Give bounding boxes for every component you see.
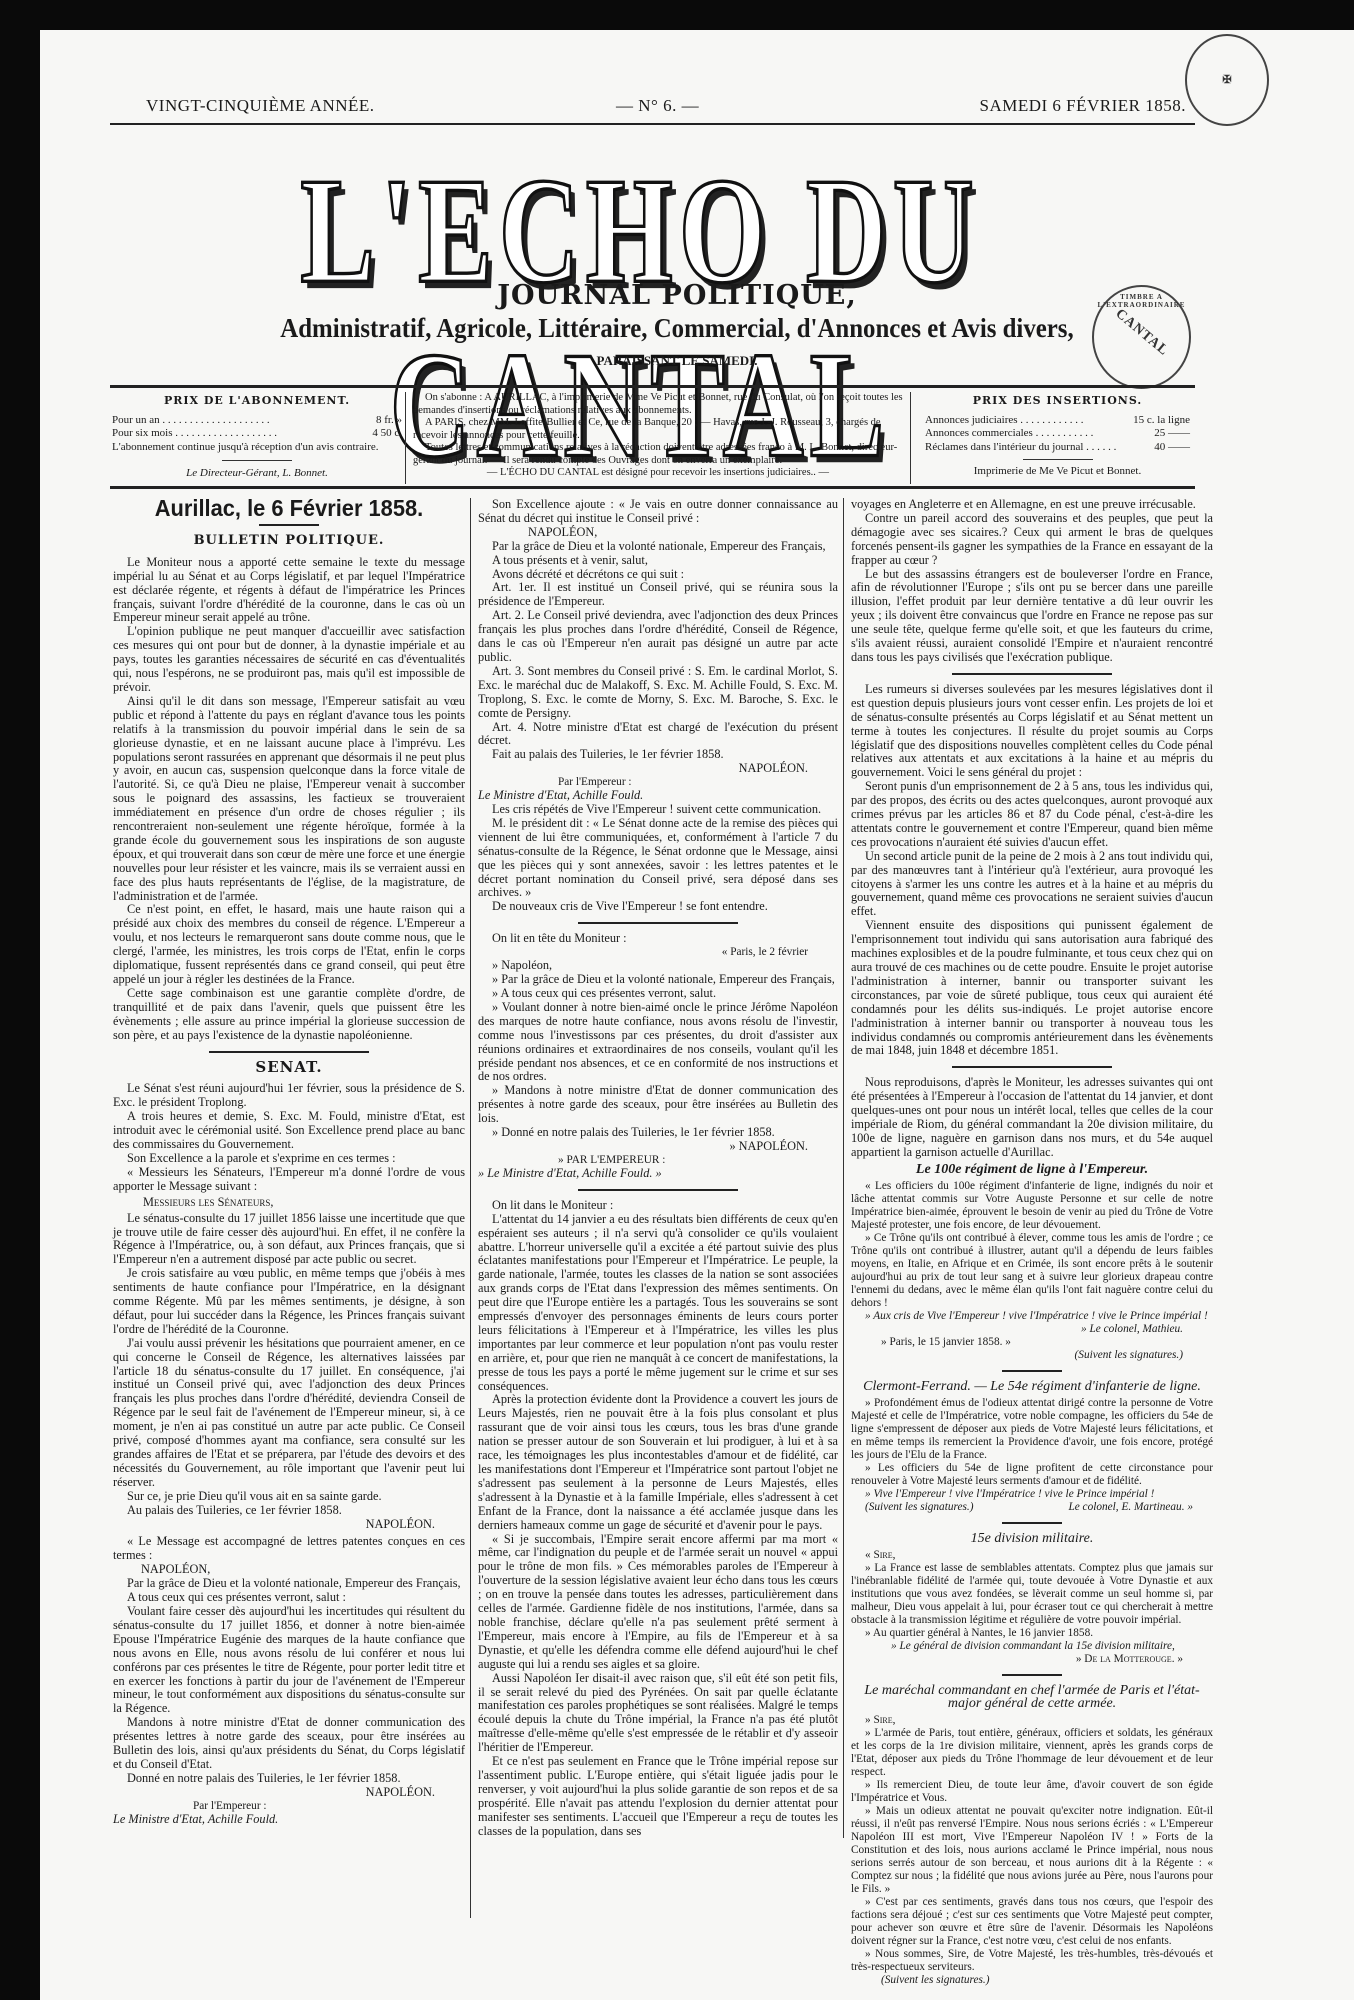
paragraph: « Messieurs les Sénateurs, l'Empereur m'… [113,1166,465,1194]
printer-name: Imprimerie de Me Ve Picut et Bonnet. [925,465,1190,479]
divider [1002,1674,1062,1676]
paragraph: » A tous ceux qui ces présentes verront,… [478,987,838,1001]
signature: » Le général de division commandant la 1… [851,1640,1213,1653]
insertions-box: PRIX DES INSERTIONS. Annonces judiciaire… [925,392,1190,484]
paragraph: Art. 1er. Il est institué un Conseil pri… [478,581,838,609]
paragraph: « Les officiers du 100e régiment d'infan… [851,1180,1213,1232]
issue-date: Samedi 6 Février 1858. [979,96,1186,116]
paragraph: L'opinion publique ne peut manquer d'acc… [113,625,465,695]
subscription-title: PRIX DE L'ABONNEMENT. [112,394,402,408]
subheading-100e: Le 100e régiment de ligne à l'Empereur. [851,1163,1213,1177]
paragraph: » Ce Trône qu'ils ont contribué à élever… [851,1232,1213,1310]
price-row: Réclames dans l'intérieur du journal . .… [925,441,1190,455]
paragraph: Les rumeurs si diverses soulevées par le… [851,683,1213,780]
paragraph: » Voulant donner à notre bien-aimé oncle… [478,1001,838,1084]
par-empereur: Par l'Empereur : [113,1800,465,1813]
paragraph: » Ils remercient Dieu, de toute leur âme… [851,1779,1213,1805]
issue-number: — N° 6. — [616,96,699,116]
paragraph: J'ai voulu aussi prévenir les hésitation… [113,1337,465,1490]
paragraph: » Les officiers du 54e de ligne profiten… [851,1462,1213,1488]
price-row: Annonces judiciaires . . . . . . . . . .… [925,414,1190,428]
paragraph: « Si je succombais, l'Empire serait enco… [478,1533,838,1672]
paragraph: » Donné en notre palais des Tuileries, l… [478,1126,838,1140]
column-1: Aurillac, le 6 Février 1858. BULLETIN PO… [113,498,465,1827]
paragraph: » La France est lasse de semblables atte… [851,1562,1213,1627]
divider [222,460,292,461]
paragraph: » Aux cris de Vive l'Empereur ! vive l'I… [851,1310,1213,1323]
divider [209,1051,369,1053]
signature: » NAPOLÉON. [478,1140,838,1154]
dateline: » Paris, le 15 janvier 1858. » [851,1336,1213,1349]
paragraph: Un second article punit de la peine de 2… [851,850,1213,920]
divider [259,524,319,526]
paragraph: Les cris répétés de Vive l'Empereur ! su… [478,803,838,817]
paragraph: » L'armée de Paris, tout entière, généra… [851,1727,1213,1779]
signature: NAPOLÉON. [478,762,838,776]
subscription-terms: On s'abonne : A AURILLAC, à l'imprimerie… [413,392,903,484]
paragraph: Par la grâce de Dieu et la volonté natio… [113,1577,465,1591]
minister-signature: Le Ministre d'Etat, Achille Fould. [113,1813,465,1827]
salutation: » Sire, [851,1714,1213,1727]
column-separator [843,498,844,1838]
paragraph: Art. 4. Notre ministre d'Etat est chargé… [478,721,838,749]
paragraph: Le Sénat s'est réuni aujourd'hui 1er fév… [113,1082,465,1110]
seal-icon: ✠ [1222,74,1231,86]
subheading-54e: Clermont-Ferrand. — Le 54e régiment d'in… [851,1380,1213,1394]
insertions-title: PRIX DES INSERTIONS. [925,394,1190,408]
paragraph: A tous présents et à venir, salut, [478,554,838,568]
paragraph: A tous ceux qui ces présentes verront, s… [113,1591,465,1605]
subheading-15e-division: 15e division militaire. [851,1532,1213,1546]
divider [952,1066,1112,1068]
paragraph: » Napoléon, [478,959,838,973]
info-separator [910,392,911,484]
paragraph: » Par la grâce de Dieu et la volonté nat… [478,973,838,987]
paragraph: Fait au palais des Tuileries, le 1er fév… [478,748,838,762]
terms-line: — L'ÉCHO DU CANTAL est désigné pour rece… [413,467,903,480]
price-row: Pour six mois . . . . . . . . . . . . . … [112,427,402,441]
signatures-note: (Suivent les signatures.) [851,1349,1213,1362]
signature: NAPOLÉON. [113,1786,465,1800]
paragraph: Son Excellence a la parole et s'exprime … [113,1152,465,1166]
paragraph: » Mandons à notre ministre d'Etat de don… [478,1084,838,1126]
info-top-rule [110,385,1195,388]
signatures-note: (Suivent les signatures.) [851,1974,1213,1987]
paragraph: voyages en Angleterre et en Allemagne, e… [851,498,1213,512]
terms-line: A PARIS, chez MM. Laffite-Bullier et Ce,… [413,417,903,442]
paragraph: « Le Message est accompagné de lettres p… [113,1535,465,1563]
paragraph: Mandons à notre ministre d'Etat de donne… [113,1716,465,1772]
paragraph: » Au quartier général à Nantes, le 16 ja… [851,1627,1213,1640]
info-separator [405,392,406,484]
signature: Le colonel, E. Martineau. » [1068,1501,1213,1514]
paragraph: Ainsi qu'il le dit dans son message, l'E… [113,695,465,904]
column-separator [470,498,471,1918]
header-rule [110,123,1195,125]
paragraph: Je crois satisfaire au vœu public, en mê… [113,1267,465,1337]
paragraph: » Vive l'Empereur ! vive l'Impératrice !… [851,1488,1213,1501]
divider [1002,1522,1062,1524]
paragraph: Le sénatus-consulte du 17 juillet 1856 l… [113,1212,465,1268]
price-row: Annonces commerciales . . . . . . . . . … [925,427,1190,441]
subscription-box: PRIX DE L'ABONNEMENT. Pour un an . . . .… [112,392,402,484]
paragraph: Au palais des Tuileries, ce 1er février … [113,1504,465,1518]
divider [1023,459,1093,460]
paragraph: Art. 3. Sont membres du Conseil privé : … [478,665,838,721]
timbre-stamp: TIMBRE A L'EXTRAORDINAIRE CANTAL [1092,285,1191,389]
paragraph: On lit en tête du Moniteur : [478,932,838,946]
paragraph: Donné en notre palais des Tuileries, le … [113,1772,465,1786]
paragraph: Son Excellence ajoute : « Je vais en out… [478,498,838,526]
subheading-marechal: Le maréchal commandant en chef l'armée d… [851,1684,1213,1712]
par-empereur: » PAR L'EMPEREUR : [478,1154,838,1167]
signatures-note: (Suivent les signatures.) [851,1501,973,1514]
paragraph: Le Moniteur nous a apporté cette semaine… [113,556,465,626]
signature: » De la Motterouge. » [851,1653,1213,1666]
paragraph: Par la grâce de Dieu et la volonté natio… [478,540,838,554]
paragraph: A trois heures et demie, S. Exc. M. Foul… [113,1110,465,1152]
section-title-senat: SENAT. [113,1061,465,1075]
paragraph: M. le président dit : « Le Sénat donne a… [478,817,838,900]
terms-line: Toutes lettres et communications relativ… [413,442,903,467]
minister-signature: Le Ministre d'Etat, Achille Fould. [478,789,838,803]
paragraph: Ce n'est point, en effet, le hasard, mai… [113,903,465,986]
divider [1002,1370,1062,1372]
paragraph: Aussi Napoléon Ier disait-il avec raison… [478,1672,838,1755]
paragraph: Voulant faire cesser dès aujourd'hui les… [113,1605,465,1716]
paragraph: » Profondément émus de l'odieux attentat… [851,1397,1213,1462]
paragraph: Sur ce, je prie Dieu qu'il vous ait en s… [113,1490,465,1504]
year-label: Vingt-cinquième année. [146,96,375,116]
signature: » Le colonel, Mathieu. [851,1323,1213,1336]
paragraph: Seront punis d'un emprisonnement de 2 à … [851,780,1213,850]
divider [578,1189,738,1191]
director-name: Le Directeur-Gérant, L. Bonnet. [112,467,402,481]
paragraph: » C'est par ces sentiments, gravés dans … [851,1896,1213,1948]
seal-stamp-top: ✠ [1185,34,1269,126]
paragraph: On lit dans le Moniteur : [478,1199,838,1213]
paragraph: » Nous sommes, Sire, de Votre Majesté, l… [851,1948,1213,1974]
paragraph: » Mais un odieux attentat ne pouvait qu'… [851,1805,1213,1896]
terms-line: On s'abonne : A AURILLAC, à l'imprimerie… [413,392,903,417]
divider [952,673,1112,675]
paragraph: Art. 2. Le Conseil privé deviendra, avec… [478,609,838,665]
paragraph: Après la protection évidente dont la Pro… [478,1393,838,1532]
salutation: « Sire, [851,1549,1213,1562]
paragraph: Nous reproduisons, d'après le Moniteur, … [851,1076,1213,1159]
paragraph: L'attentat du 14 janvier a eu des résult… [478,1213,838,1394]
paragraph: Avons décrété et décrétons ce qui suit : [478,568,838,582]
paragraph: Cette sage combinaison est une garantie … [113,987,465,1043]
signature: NAPOLÉON. [113,1518,465,1532]
heading-napoleon: NAPOLÉON, [113,1563,465,1577]
salutation: Messieurs les Sénateurs, [113,1196,465,1210]
paragraph: Viennent ensuite des dispositions qui pu… [851,919,1213,1058]
price-row: Pour un an . . . . . . . . . . . . . . .… [112,414,402,428]
minister-signature: » Le Ministre d'Etat, Achille Fould. » [478,1167,838,1181]
paragraph: Le but des assassins étrangers est de bo… [851,568,1213,665]
column-3: voyages en Angleterre et en Allemagne, e… [851,498,1213,1987]
divider [578,922,738,924]
info-bottom-rule [110,486,1195,489]
paragraph: De nouveaux cris de Vive l'Empereur ! se… [478,900,838,914]
paragraph: Contre un pareil accord des souverains e… [851,512,1213,568]
subscription-note: L'abonnement continue jusqu'à réception … [112,441,402,455]
column-2: Son Excellence ajoute : « Je vais en out… [478,498,838,1838]
paragraph: Et ce n'est pas seulement en France que … [478,1755,838,1838]
section-title-bulletin: BULLETIN POLITIQUE. [113,534,465,548]
dateline: Aurillac, le 6 Février 1858. [122,502,456,516]
heading-napoleon: NAPOLÉON, [478,526,838,540]
